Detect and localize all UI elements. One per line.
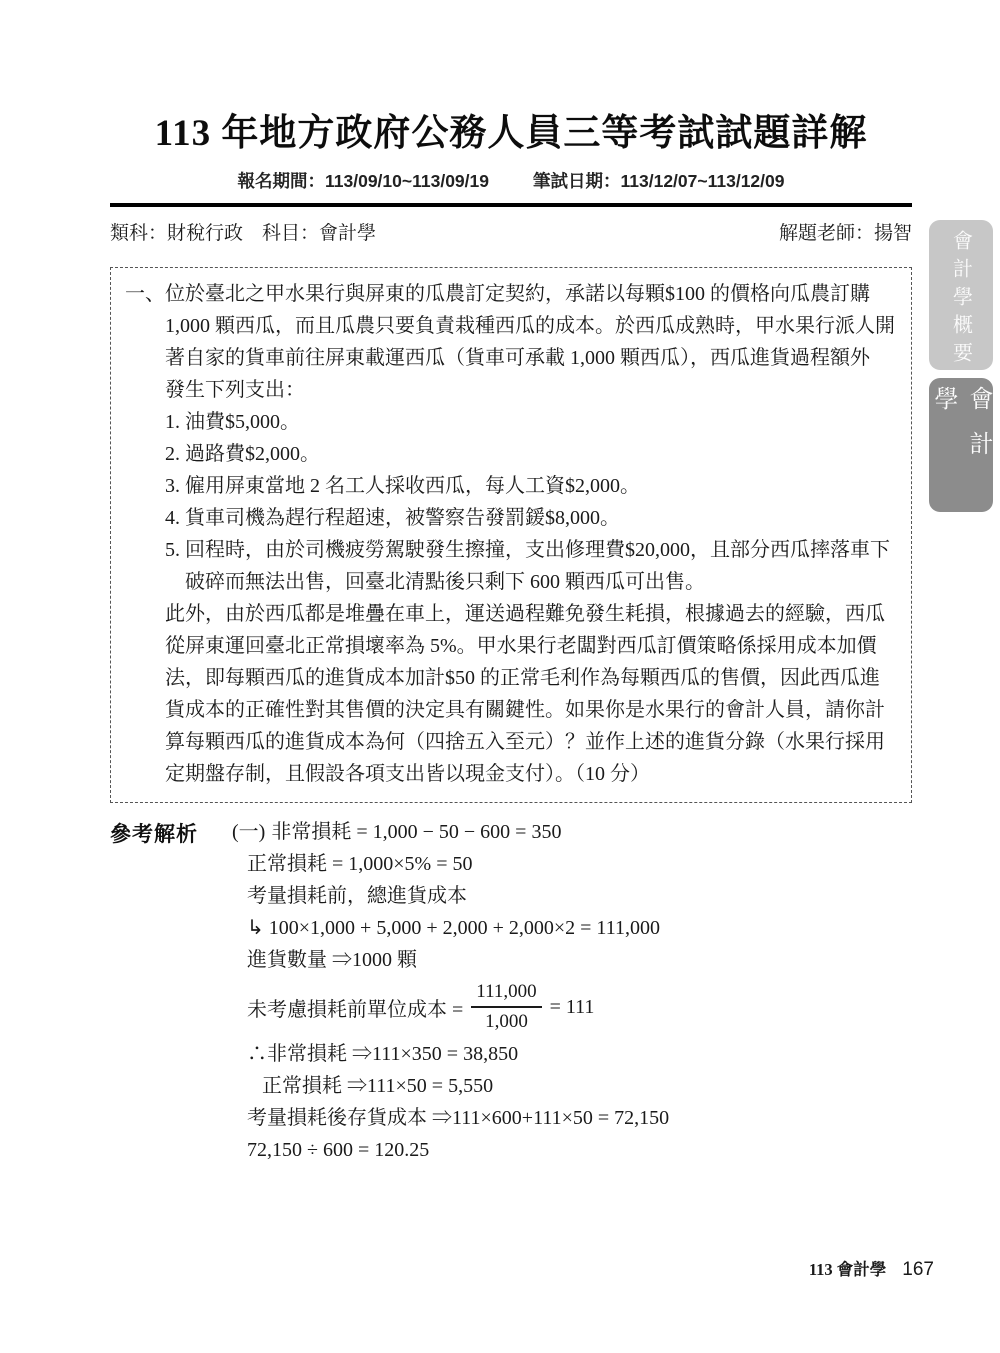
solution-line: 考量損耗前，總進貨成本 bbox=[247, 880, 669, 912]
fraction-suffix: = 111 bbox=[550, 996, 595, 1019]
solution-line: 正常損耗 ⇒111×50 = 5,550 bbox=[262, 1070, 669, 1102]
footer-book-label: 113 會計學 bbox=[809, 1256, 886, 1280]
side-tab-accounting-outline: 會計學概要 bbox=[929, 220, 993, 370]
question-list-item: 1. 油費$5,000。 bbox=[165, 406, 901, 438]
solution-line: 進貨數量 ⇒1000 顆 bbox=[247, 944, 669, 976]
solution-line: ∴非常損耗 ⇒111×350 = 38,850 bbox=[247, 1038, 669, 1070]
question-box: 一、位於臺北之甲水果行與屏東的瓜農訂定契約，承諾以每顆$100 的價格向瓜農訂購… bbox=[110, 267, 912, 803]
question-list-item: 2. 過路費$2,000。 bbox=[165, 438, 901, 470]
question-line: 發生下列支出： bbox=[165, 374, 901, 406]
fraction-numerator: 111,000 bbox=[471, 980, 541, 1008]
question-line: 此外，由於西瓜都是堆疊在車上，運送過程難免發生耗損，根據過去的經驗，西瓜 bbox=[165, 598, 901, 630]
registration-period: 報名期間：113/09/10~113/09/19 bbox=[238, 168, 490, 193]
question-list-item: 3. 僱用屏東當地 2 名工人採收西瓜，每人工資$2,000。 bbox=[165, 470, 901, 502]
question-line: 一、位於臺北之甲水果行與屏東的瓜農訂定契約，承諾以每顆$100 的價格向瓜農訂購 bbox=[125, 278, 901, 310]
question-line: 算每顆西瓜的進貨成本為何（四捨五入至元）？並作上述的進貨分錄（水果行採用 bbox=[165, 726, 901, 758]
exam-solution-page: 會計學概要 會計學 113 年地方政府公務人員三等考試試題詳解 報名期間：113… bbox=[0, 102, 1000, 1166]
category-subject: 類科：財稅行政 科目：會計學 bbox=[110, 221, 376, 247]
solution-line: 72,150 ÷ 600 = 120.25 bbox=[247, 1134, 669, 1166]
solution-line: 正常損耗 = 1,000×5% = 50 bbox=[247, 848, 669, 880]
solution-line: 考量損耗後存貨成本 ⇒111×600+111×50 = 72,150 bbox=[247, 1102, 669, 1134]
solution-equation: 非常損耗 = 1,000 − 50 − 600 = 350 bbox=[271, 821, 561, 843]
solution-line: ↳ 100×1,000 + 5,000 + 2,000 + 2,000×2 = … bbox=[247, 912, 669, 944]
side-tab-accounting: 會計學 bbox=[929, 378, 993, 512]
page-footer: 113 會計學 167 bbox=[809, 1256, 934, 1281]
solution-section: 參考解析 (一)非常損耗 = 1,000 − 50 − 600 = 350 正常… bbox=[110, 816, 912, 1166]
solution-label: 參考解析 bbox=[110, 816, 232, 1166]
solution-fraction-line: 未考慮損耗前單位成本 = 111,000 1,000 = 111 bbox=[247, 976, 669, 1038]
question-line: 貨成本的正確性對其售價的決定具有關鍵性。如果你是水果行的會計人員，請你計 bbox=[165, 694, 901, 726]
question-line: 從屏東運回臺北正常損壞率為 5%。甲水果行老闆對西瓜訂價策略係採用成本加價 bbox=[165, 630, 901, 662]
question-line: 1,000 顆西瓜，而且瓜農只要負責栽種西瓜的成本。於西瓜成熟時，甲水果行派人開 bbox=[165, 310, 901, 342]
header-divider bbox=[110, 203, 912, 207]
solution-body: (一)非常損耗 = 1,000 − 50 − 600 = 350 正常損耗 = … bbox=[232, 816, 669, 1166]
written-exam-date: 筆試日期：113/12/07~113/12/09 bbox=[533, 168, 785, 193]
question-list-item: 5. 回程時，由於司機疲勞駕駛發生擦撞，支出修理費$20,000，且部分西瓜摔落… bbox=[165, 534, 901, 566]
solver-teacher: 解題老師：揚智 bbox=[779, 221, 912, 247]
side-tab-label: 會計學概要 bbox=[947, 220, 976, 370]
exam-dates-row: 報名期間：113/09/10~113/09/19 筆試日期：113/12/07~… bbox=[110, 168, 912, 193]
meta-row: 類科：財稅行政 科目：會計學 解題老師：揚智 bbox=[110, 221, 912, 247]
question-line: 法，即每顆西瓜的進貨成本加計$50 的正常毛利作為每顆西瓜的售價，因此西瓜進 bbox=[165, 662, 901, 694]
fraction: 111,000 1,000 bbox=[471, 980, 541, 1034]
footer-page-number: 167 bbox=[902, 1259, 934, 1281]
question-list-item: 4. 貨車司機為趕行程超速，被警察告發罰鍰$8,000。 bbox=[165, 502, 901, 534]
page-title: 113 年地方政府公務人員三等考試試題詳解 bbox=[110, 102, 912, 156]
fraction-denominator: 1,000 bbox=[485, 1008, 528, 1034]
solution-line: (一)非常損耗 = 1,000 − 50 − 600 = 350 bbox=[232, 816, 669, 848]
question-list-item: 破碎而無法出售，回臺北清點後只剩下 600 顆西瓜可出售。 bbox=[185, 566, 901, 598]
solution-item-marker: (一) bbox=[232, 821, 265, 843]
side-tab-label: 會計學 bbox=[926, 378, 996, 512]
fraction-prefix: 未考慮損耗前單位成本 = bbox=[247, 993, 463, 1022]
question-line: 定期盤存制，且假設各項支出皆以現金支付）。（10 分） bbox=[165, 758, 901, 790]
question-line: 著自家的貨車前往屏東載運西瓜（貨車可承載 1,000 顆西瓜），西瓜進貨過程額外 bbox=[165, 342, 901, 374]
